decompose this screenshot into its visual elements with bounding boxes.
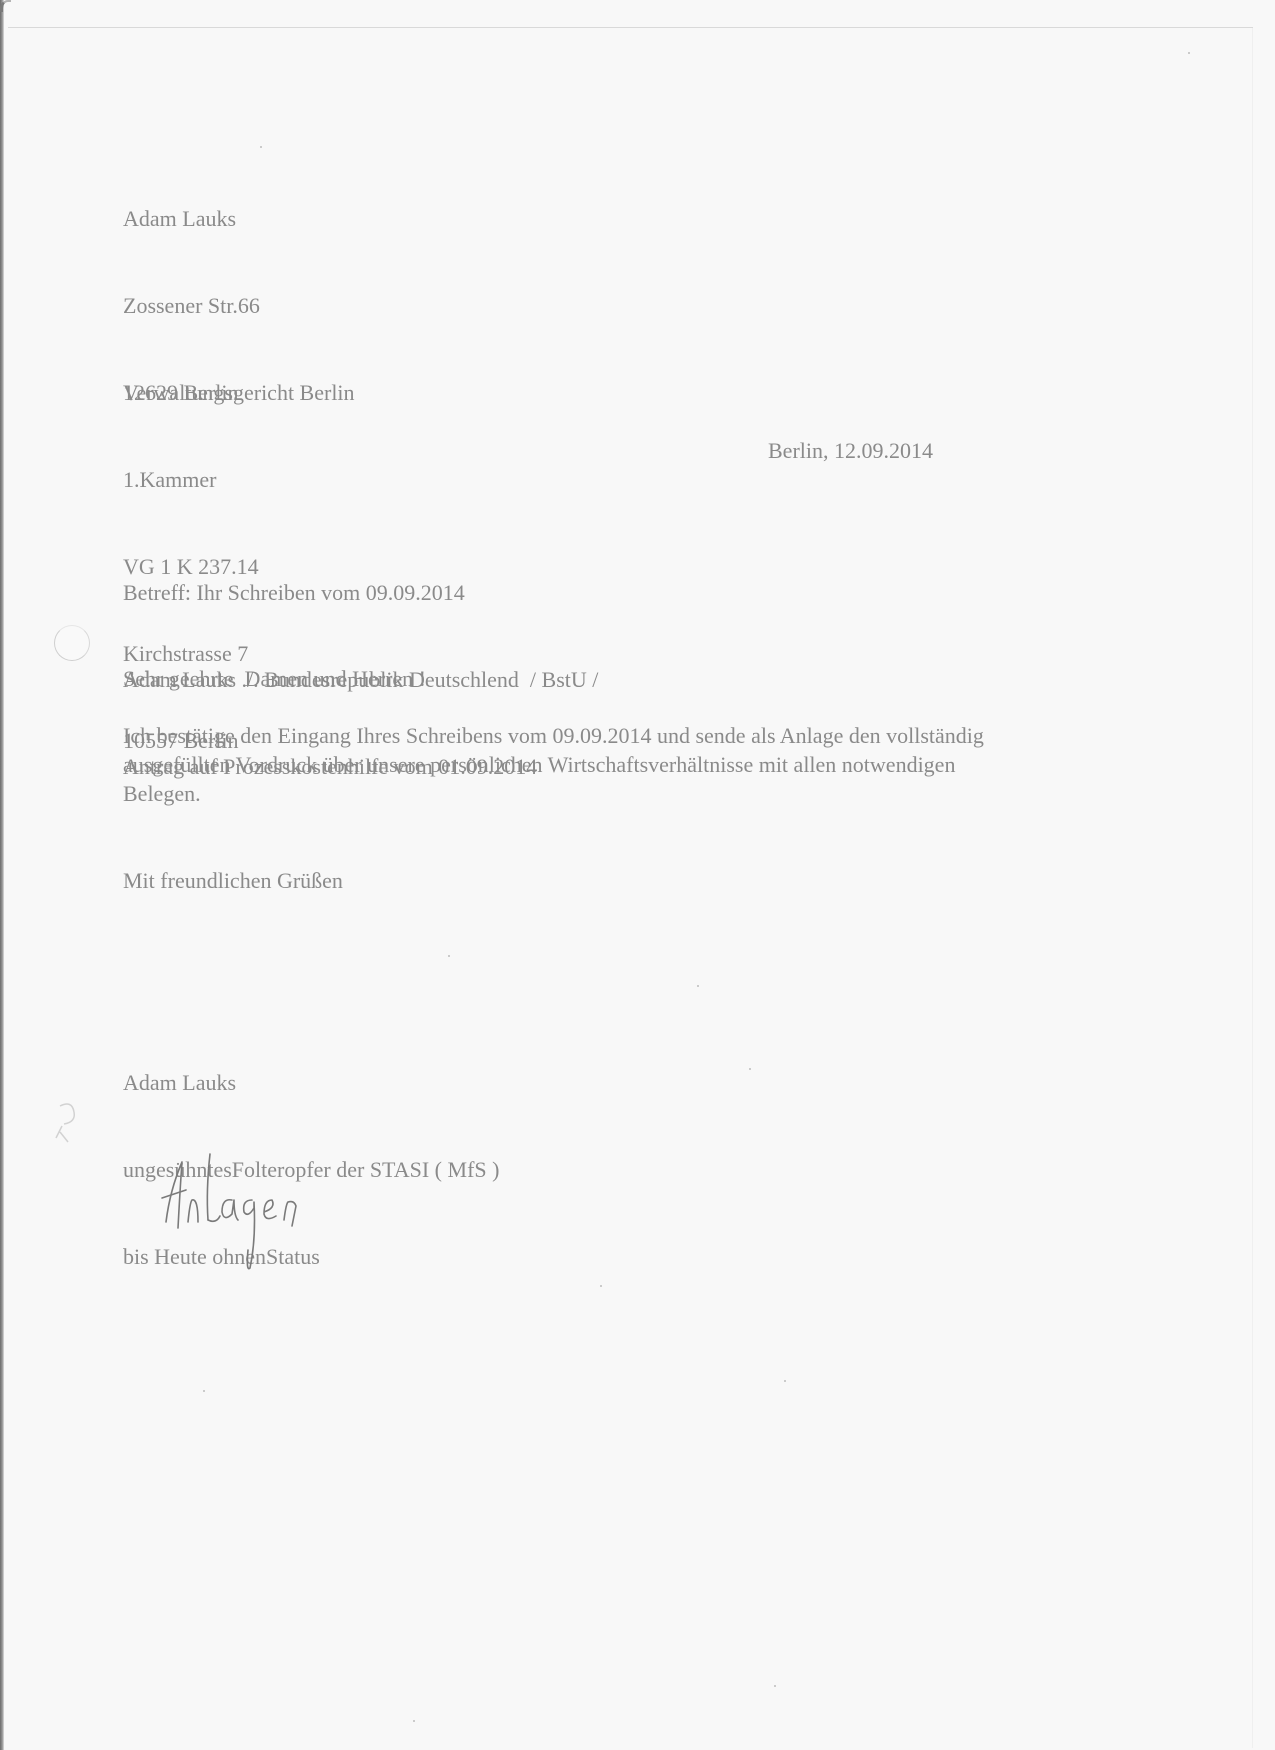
- body-line-3: Belegen.: [123, 779, 1123, 808]
- body-line-1: Ich bestätige den Eingang Ihres Schreibe…: [123, 721, 1123, 750]
- punch-hole-icon: [54, 625, 90, 661]
- handwritten-note-anlagen: Anlagen: [160, 1150, 360, 1280]
- scan-speck: [413, 1720, 415, 1722]
- recipient-chamber: 1.Kammer: [123, 465, 355, 494]
- letter-body: Ich bestätige den Eingang Ihres Schreibe…: [123, 721, 1123, 808]
- scan-speck: [600, 1285, 602, 1287]
- sender-name: Adam Lauks: [123, 204, 260, 233]
- scan-speck: [784, 1380, 786, 1382]
- scan-speck: [749, 1068, 751, 1070]
- page-corner: [0, 0, 11, 12]
- recipient-court: Verwaltungsgericht Berlin: [123, 378, 355, 407]
- scan-speck: [448, 955, 450, 957]
- punch-mark-icon: [50, 1098, 90, 1158]
- sender-street: Zossener Str.66: [123, 291, 260, 320]
- scan-speck: [260, 146, 262, 148]
- scan-top-border: [8, 27, 1253, 28]
- scan-speck: [203, 1390, 205, 1392]
- scan-speck: [774, 1685, 776, 1687]
- salutation: Sehr geehrte Damen und Herren !: [123, 664, 426, 693]
- signature-name: Adam Lauks: [123, 1068, 499, 1097]
- scanned-letter-page: Adam Lauks Zossener Str.66 12629 Berlin …: [0, 0, 1275, 1750]
- scan-right-border: [1252, 28, 1253, 1748]
- closing: Mit freundlichen Grüßen: [123, 866, 343, 895]
- place-date: Berlin, 12.09.2014: [768, 436, 933, 465]
- scan-speck: [697, 985, 699, 987]
- scan-speck: [1188, 52, 1190, 54]
- body-line-2: ausgefüllten Vordruck über unsere persön…: [123, 750, 1123, 779]
- scan-edge-shadow: [0, 0, 4, 1750]
- subject-line-1: Betreff: Ihr Schreiben vom 09.09.2014: [123, 578, 598, 607]
